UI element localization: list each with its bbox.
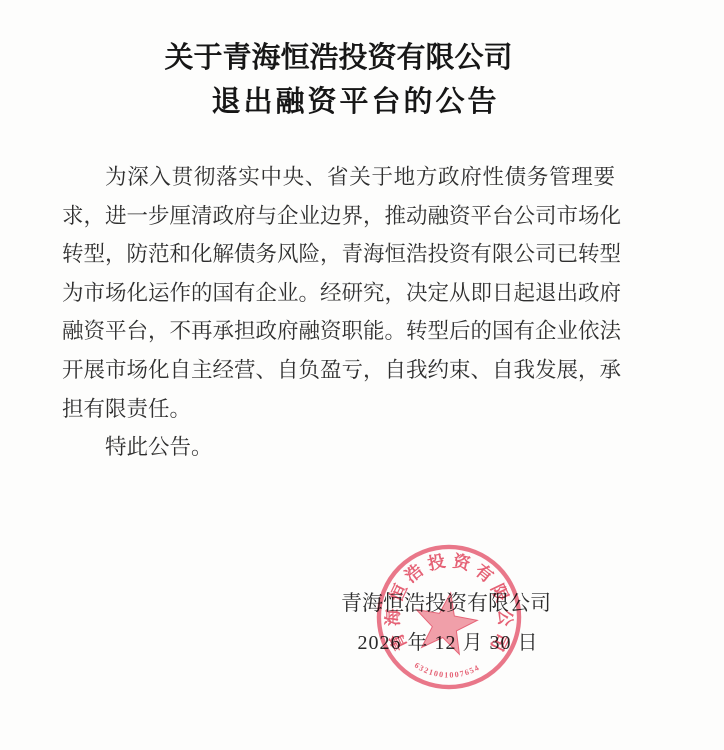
announcement-document: 关于青海恒浩投资有限公司 退出融资平台的公告 为深入贯彻落实中央、省关于地方政府… [0, 0, 724, 750]
seal-serial-number: 6321001007654 [413, 661, 481, 680]
seal-star-icon [416, 593, 477, 654]
body-line: 求，进一步厘清政府与企业边界，推动融资平台公司市场化 [62, 197, 615, 236]
company-seal: 青海恒浩投资有限公司 6321001007654 [375, 543, 523, 691]
document-title: 关于青海恒浩投资有限公司 退出融资平台的公告 [62, 36, 615, 124]
body-line: 担有限责任。 [62, 390, 615, 429]
body-line: 为市场化运作的国有企业。经研究，决定从即日起退出政府 [62, 274, 615, 313]
body-closing-line: 特此公告。 [62, 428, 615, 467]
body-line: 融资平台，不再承担政府融资职能。转型后的国有企业依法 [62, 312, 615, 351]
title-line-1: 关于青海恒浩投资有限公司 [62, 36, 615, 80]
body-line: 为深入贯彻落实中央、省关于地方政府性债务管理要 [62, 158, 615, 197]
body-paragraph: 为深入贯彻落实中央、省关于地方政府性债务管理要 求，进一步厘清政府与企业边界，推… [62, 158, 615, 467]
body-line: 开展市场化自主经营、自负盈亏，自我约束、自我发展，承 [62, 351, 615, 390]
title-line-2: 退出融资平台的公告 [79, 80, 632, 124]
body-line: 转型，防范和化解债务风险，青海恒浩投资有限公司已转型 [62, 235, 615, 274]
